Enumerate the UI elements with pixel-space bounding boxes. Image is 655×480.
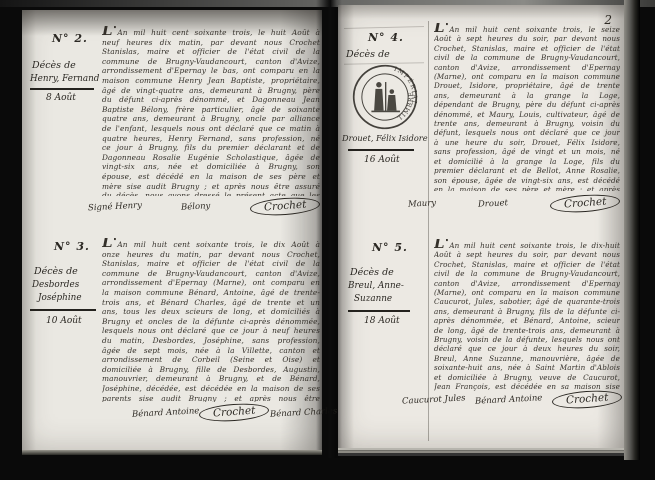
entry4-act-text: L'An mil huit cent soixante trois, le se… (434, 23, 620, 191)
entry4-death-label: Décès de (346, 49, 390, 60)
entry3-signature-1: Bénard Antoine (132, 406, 200, 420)
entry2-signature-1: Signé Henry (88, 200, 142, 213)
imperial-stamp: TIMBRE IMPÉRIAL (351, 63, 419, 135)
entry5-signature-2: Bénard Antoine (475, 393, 543, 407)
entry4-signature-1: Maury (408, 198, 437, 209)
entry4-signatures: Maury Drouet Crochet (408, 195, 620, 212)
entry5-margin-separator (348, 310, 410, 312)
entry5-margin-name-line2: Suzanne (354, 294, 392, 304)
entry5-death-label: Décès de (350, 267, 394, 278)
register-scan: N° 2. Décès de Henry, Fernand 8 Août L'A… (0, 0, 655, 480)
page-stack-bottom-edge (338, 448, 626, 456)
entry5-signature-1: Caucurot Jules (402, 393, 466, 406)
entry5-number: N° 5. (372, 241, 408, 254)
entry2-mayor-signature: Crochet (249, 196, 320, 218)
entry2-margin-date: 8 Août (46, 93, 76, 103)
entry3-act-text: L'An mil huit cent soixante trois, le di… (102, 238, 320, 402)
entry3-mayor-signature: Crochet (199, 402, 270, 424)
entry4-margin-date: 16 Août (364, 155, 400, 165)
entry4-margin-separator (348, 149, 414, 151)
entry2-number: N° 2. (52, 32, 88, 45)
entry3-margin-separator (30, 309, 96, 311)
entry5-act-text: L'An mil huit cent soixante trois, le di… (434, 239, 620, 391)
entry3-margin-name-line2: Joséphine (38, 293, 82, 303)
imperial-stamp-graphic: TIMBRE IMPÉRIAL (351, 63, 419, 131)
entry2-signatures: Signé Henry Bélony Crochet (88, 198, 320, 215)
entry3-number: N° 3. (54, 240, 90, 253)
stamp-allegorical-figures (371, 82, 400, 112)
entry4-signature-2: Drouet (478, 198, 508, 210)
margin-rule (428, 21, 429, 441)
entry5-margin-date: 18 Août (364, 316, 400, 326)
entry2-signature-2: Bélony (181, 201, 211, 213)
entry3-signatures: Bénard Antoine Crochet Bénard Charles (132, 404, 322, 421)
left-page: N° 2. Décès de Henry, Fernand 8 Août L'A… (22, 10, 322, 450)
entry2-margin-name: Henry, Fernand (30, 74, 99, 84)
margin-guide-line (344, 26, 424, 29)
entry5-margin-name-line1: Breul, Anne- (348, 281, 404, 291)
entry4-number: N° 4. (368, 31, 404, 44)
entry3-margin-name-line1: Desbordes (32, 280, 79, 290)
entry4-mayor-signature: Crochet (549, 193, 620, 215)
entry5-mayor-signature: Crochet (551, 389, 622, 411)
left-page-bottom-edge (22, 450, 322, 455)
entry3-death-label: Décès de (34, 266, 78, 277)
entry5-signatures: Caucurot Jules Bénard Antoine Crochet (402, 391, 622, 408)
book-gutter-shadow (316, 0, 342, 458)
book-fore-edge (624, 0, 640, 460)
entry2-death-label: Décès de (32, 60, 76, 71)
entry2-act-text: L'An mil huit cent soixante trois, le hu… (102, 26, 320, 196)
entry3-margin-date: 10 Août (46, 316, 82, 326)
entry4-margin-name: Drouet, Félix Isidore (342, 133, 428, 143)
entry2-margin-separator (30, 88, 94, 90)
right-page: 2 N° 4. Décès de TIMBRE IMPÉRIAL (338, 5, 626, 448)
